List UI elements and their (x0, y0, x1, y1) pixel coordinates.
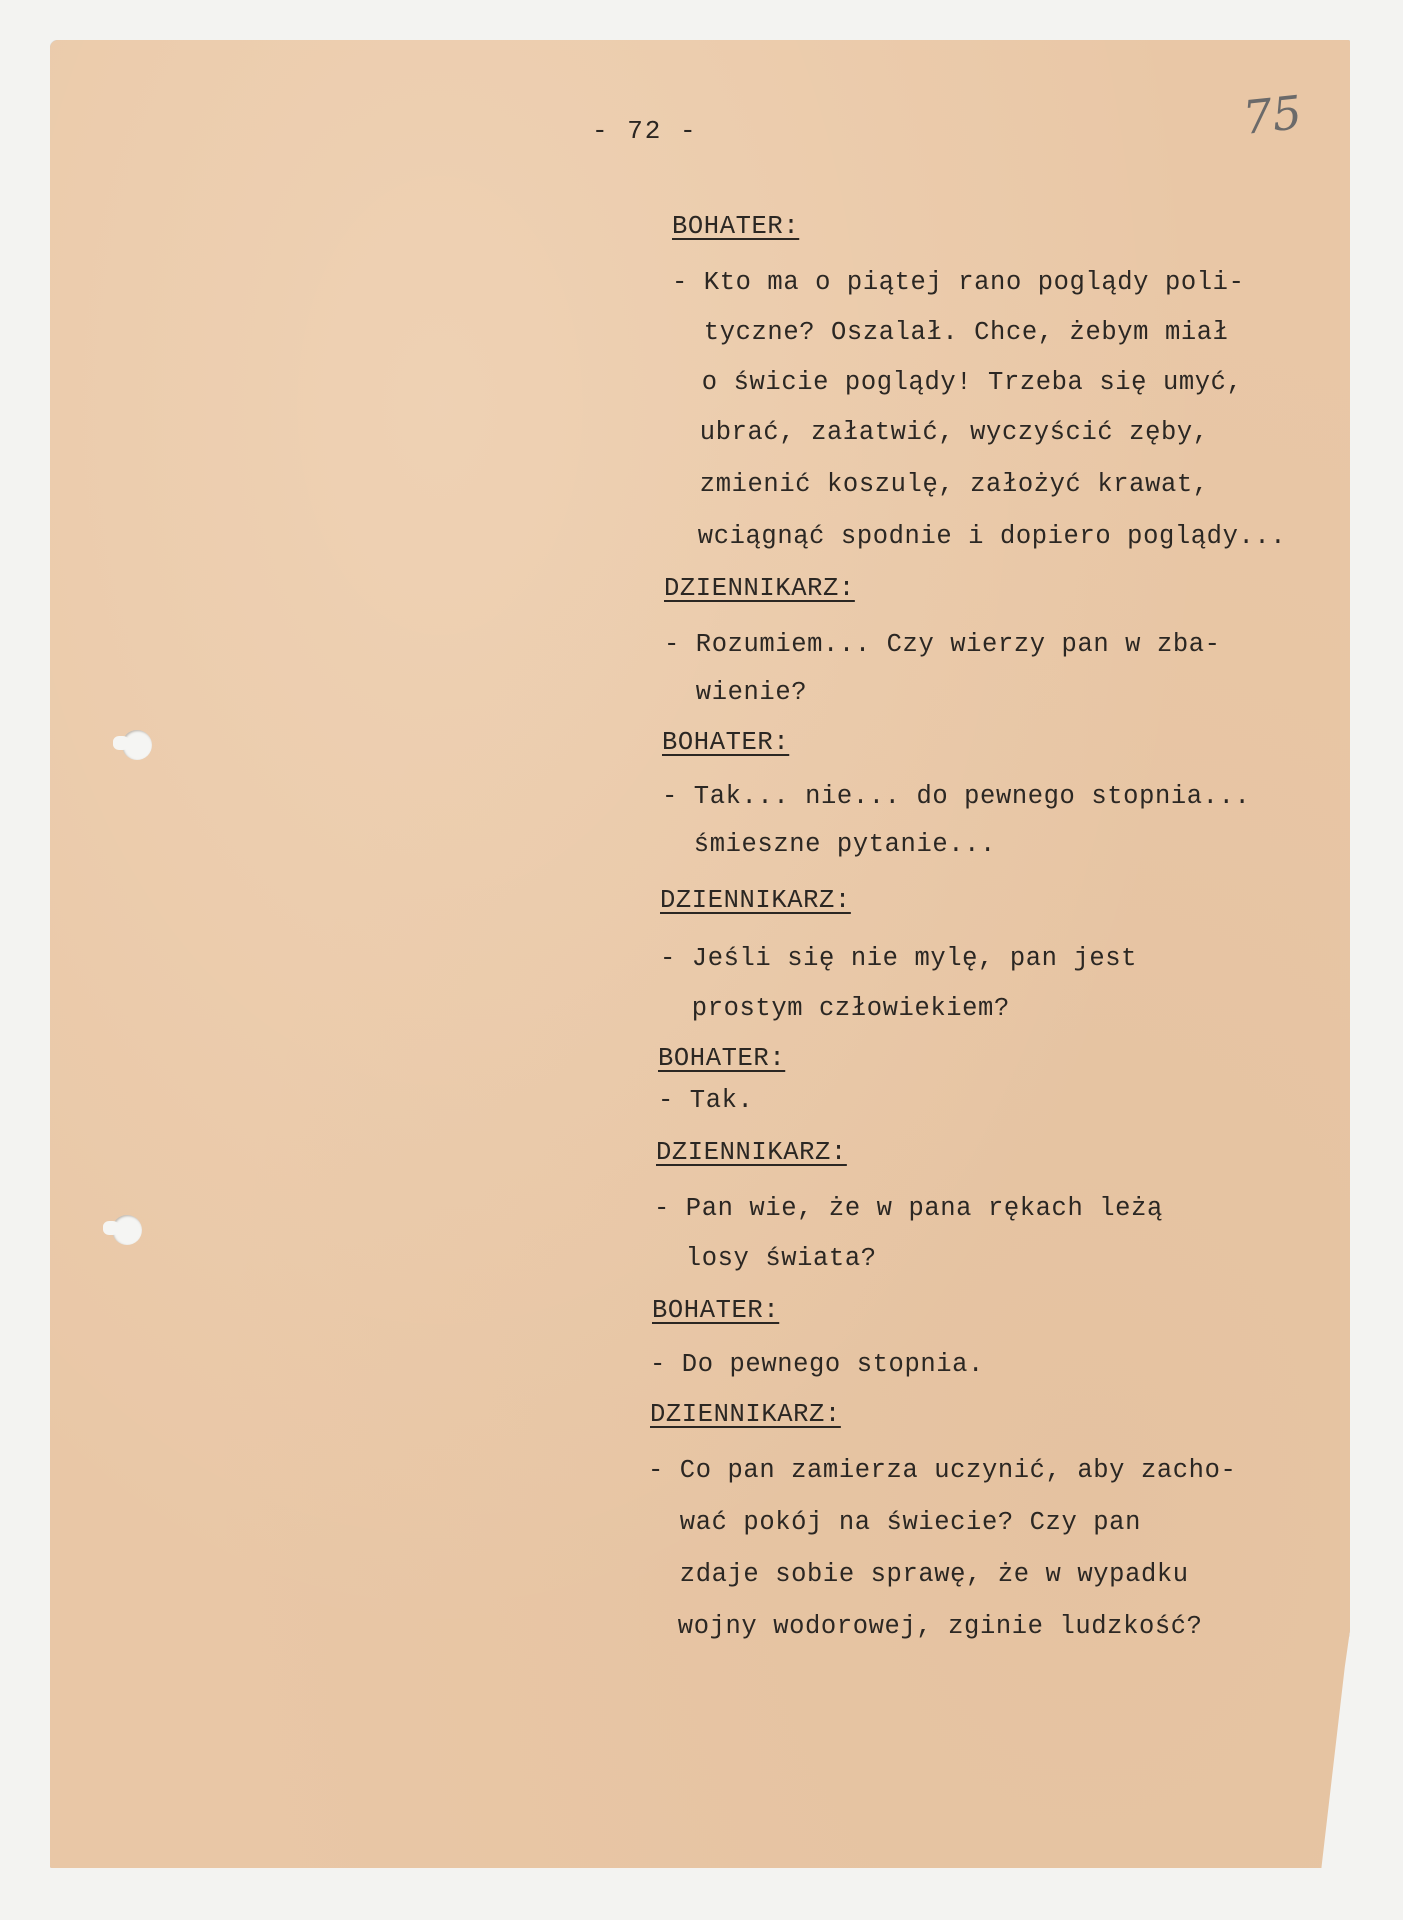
speaker-label: DZIENNIKARZ: (664, 574, 855, 603)
dialogue-line: prostym człowiekiem? (660, 994, 1010, 1023)
dialogue-line: wojny wodorowej, zginie ludzkość? (646, 1612, 1203, 1641)
speaker-label: BOHATER: (672, 212, 799, 241)
dialogue-line: - Kto ma o piątej rano poglądy poli- (672, 268, 1245, 297)
dialogue-line: zdaje sobie sprawę, że w wypadku (648, 1560, 1189, 1589)
dialogue-line: o świcie poglądy! Trzeba się umyć, (670, 368, 1243, 397)
punch-hole-upper (122, 730, 152, 760)
dialogue-line: ubrać, załatwić, wyczyścić zęby, (668, 418, 1209, 447)
dialogue-line: wienie? (664, 678, 807, 707)
speaker-label: DZIENNIKARZ: (660, 886, 851, 915)
dialogue-line: śmieszne pytanie... (662, 830, 996, 859)
dialogue-line: zmienić koszulę, założyć krawat, (668, 470, 1209, 499)
dialogue-line: - Tak... nie... do pewnego stopnia... (662, 782, 1250, 811)
page-number: - 72 - (592, 116, 698, 146)
speaker-label: BOHATER: (658, 1044, 785, 1073)
speaker-label: DZIENNIKARZ: (650, 1400, 841, 1429)
dialogue-line: wciągnąć spodnie i dopiero poglądy... (666, 522, 1286, 551)
dialogue-line: losy świata? (654, 1244, 877, 1273)
dialogue-line: - Jeśli się nie mylę, pan jest (660, 944, 1137, 973)
speaker-label: DZIENNIKARZ: (656, 1138, 847, 1167)
dialogue-line: - Pan wie, że w pana rękach leżą (654, 1194, 1163, 1223)
dialogue-line: tyczne? Oszalał. Chce, żebym miał (672, 318, 1229, 347)
dialogue-line: - Do pewnego stopnia. (650, 1350, 984, 1379)
dialogue-line: - Co pan zamierza uczynić, aby zacho- (648, 1456, 1236, 1485)
punch-hole-lower (112, 1215, 142, 1245)
speaker-label: BOHATER: (662, 728, 789, 757)
dialogue-line: - Tak. (658, 1086, 753, 1115)
speaker-label: BOHATER: (652, 1296, 779, 1325)
dialogue-line: - Rozumiem... Czy wierzy pan w zba- (664, 630, 1221, 659)
handwritten-folio-number: 75 (1240, 85, 1304, 145)
dialogue-line: wać pokój na świecie? Czy pan (648, 1508, 1141, 1537)
